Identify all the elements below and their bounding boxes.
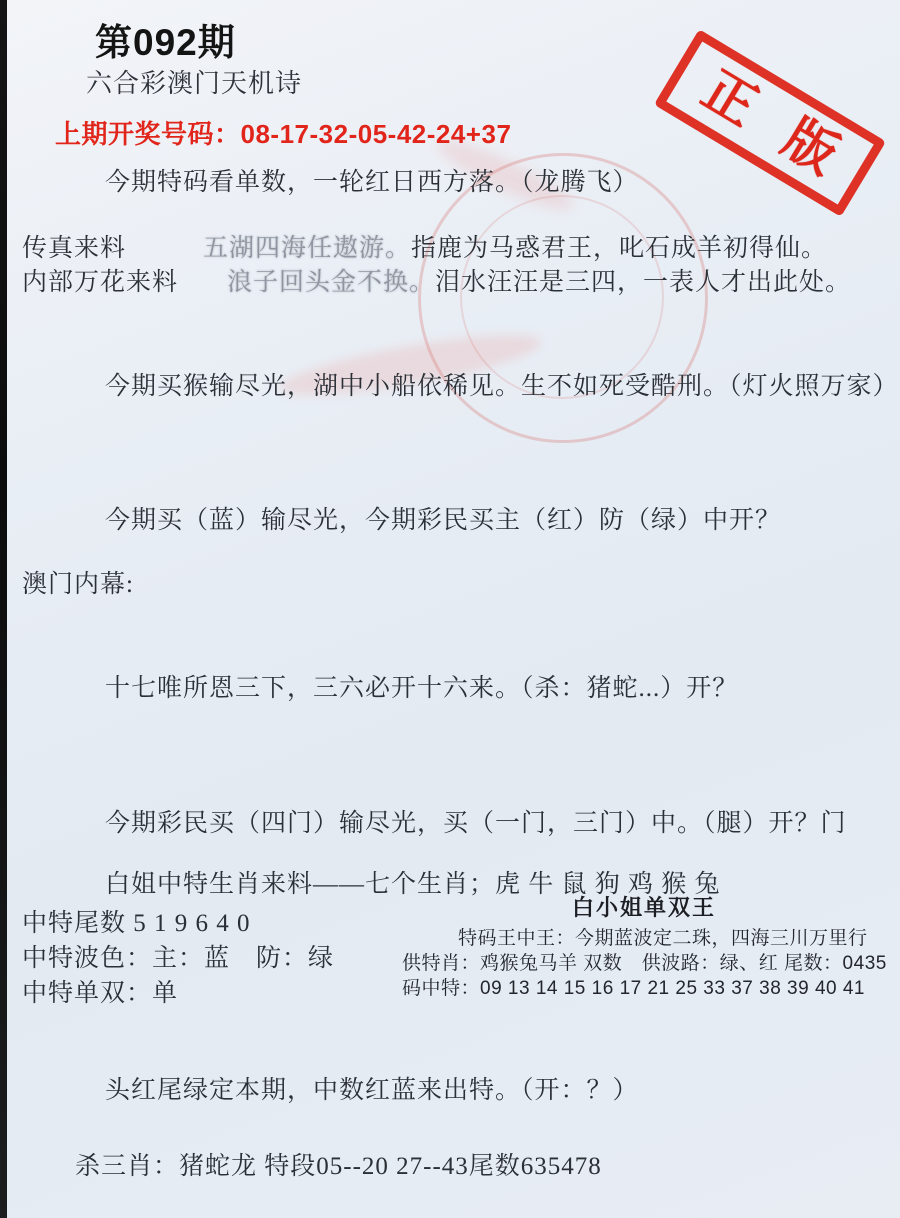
verse-blue: 今期买（蓝）输尽光，今期彩民买主（红）防（绿）中开？ bbox=[105, 500, 781, 536]
verse-doors: 今期彩民买（四门）输尽光，买（一门，三门）中。（腿）开？门 bbox=[105, 803, 847, 839]
right-panel-line3: 码中特：09 13 14 15 16 17 21 25 33 37 38 39 … bbox=[402, 973, 865, 1000]
scan-edge-strip bbox=[0, 0, 7, 1218]
fax-verse-faint-part: 五湖四海任遨游。 bbox=[203, 235, 411, 262]
macau-insider-label: 澳门内幕: bbox=[22, 564, 134, 600]
authentic-stamp: 正版 bbox=[654, 29, 886, 217]
verse-monkey: 今期买猴输尽光，湖中小船依稀见。生不如死受酷刑。（灯火照万家） bbox=[105, 366, 899, 402]
issue-title: 第092期 bbox=[95, 12, 236, 66]
internal-verse-main-part: 泪水汪汪是三四，一表人才出此处。 bbox=[435, 269, 851, 296]
right-panel-line2: 供特肖：鸡猴兔马羊 双数 供波路：绿、红 尾数：0435 bbox=[402, 948, 887, 975]
right-panel-line1: 特码王中王：今期蓝波定二珠，四海三川万里行 bbox=[458, 923, 868, 950]
fax-verse-main-part: 指鹿为马惑君王，叱石成羊初得仙。 bbox=[411, 235, 827, 262]
last-draw-numbers: 上期开奖号码：08-17-32-05-42-24+37 bbox=[55, 114, 511, 151]
verse-tianji: 今期特码看单数，一轮红日西方落。（龙腾飞） bbox=[105, 162, 639, 198]
verse-seventeen: 十七唯所恩三下，三六必开十六来。（杀：猪蛇...）开？ bbox=[105, 668, 738, 704]
tail-numbers-line: 中特尾数 5 1 9 6 4 0 bbox=[22, 903, 251, 939]
internal-verse-faint-part: 浪子回头金不换。 bbox=[227, 269, 435, 296]
internal-source-label: 内部万花来料 bbox=[22, 262, 178, 298]
wave-color-line: 中特波色：主：蓝 防：绿 bbox=[22, 938, 334, 974]
fax-verse: 五湖四海任遨游。指鹿为马惑君王，叱石成羊初得仙。 bbox=[203, 228, 827, 264]
scanned-lottery-sheet: 第092期 六合彩澳门天机诗 上期开奖号码：08-17-32-05-42-24+… bbox=[0, 0, 900, 1218]
head-tail-line: 头红尾绿定本期，中数红蓝来出特。（开：？） bbox=[105, 1070, 639, 1106]
series-subtitle: 六合彩澳门天机诗 bbox=[86, 63, 302, 100]
internal-verse: 浪子回头金不换。泪水汪汪是三四，一表人才出此处。 bbox=[227, 262, 851, 298]
right-panel-title: 白小姐单双王 bbox=[572, 891, 716, 922]
kill-three-zodiac-line: 杀三肖：猪蛇龙 特段05--20 27--43尾数635478 bbox=[75, 1146, 602, 1182]
fax-source-label: 传真来料 bbox=[22, 228, 126, 264]
parity-line: 中特单双：单 bbox=[22, 973, 178, 1009]
